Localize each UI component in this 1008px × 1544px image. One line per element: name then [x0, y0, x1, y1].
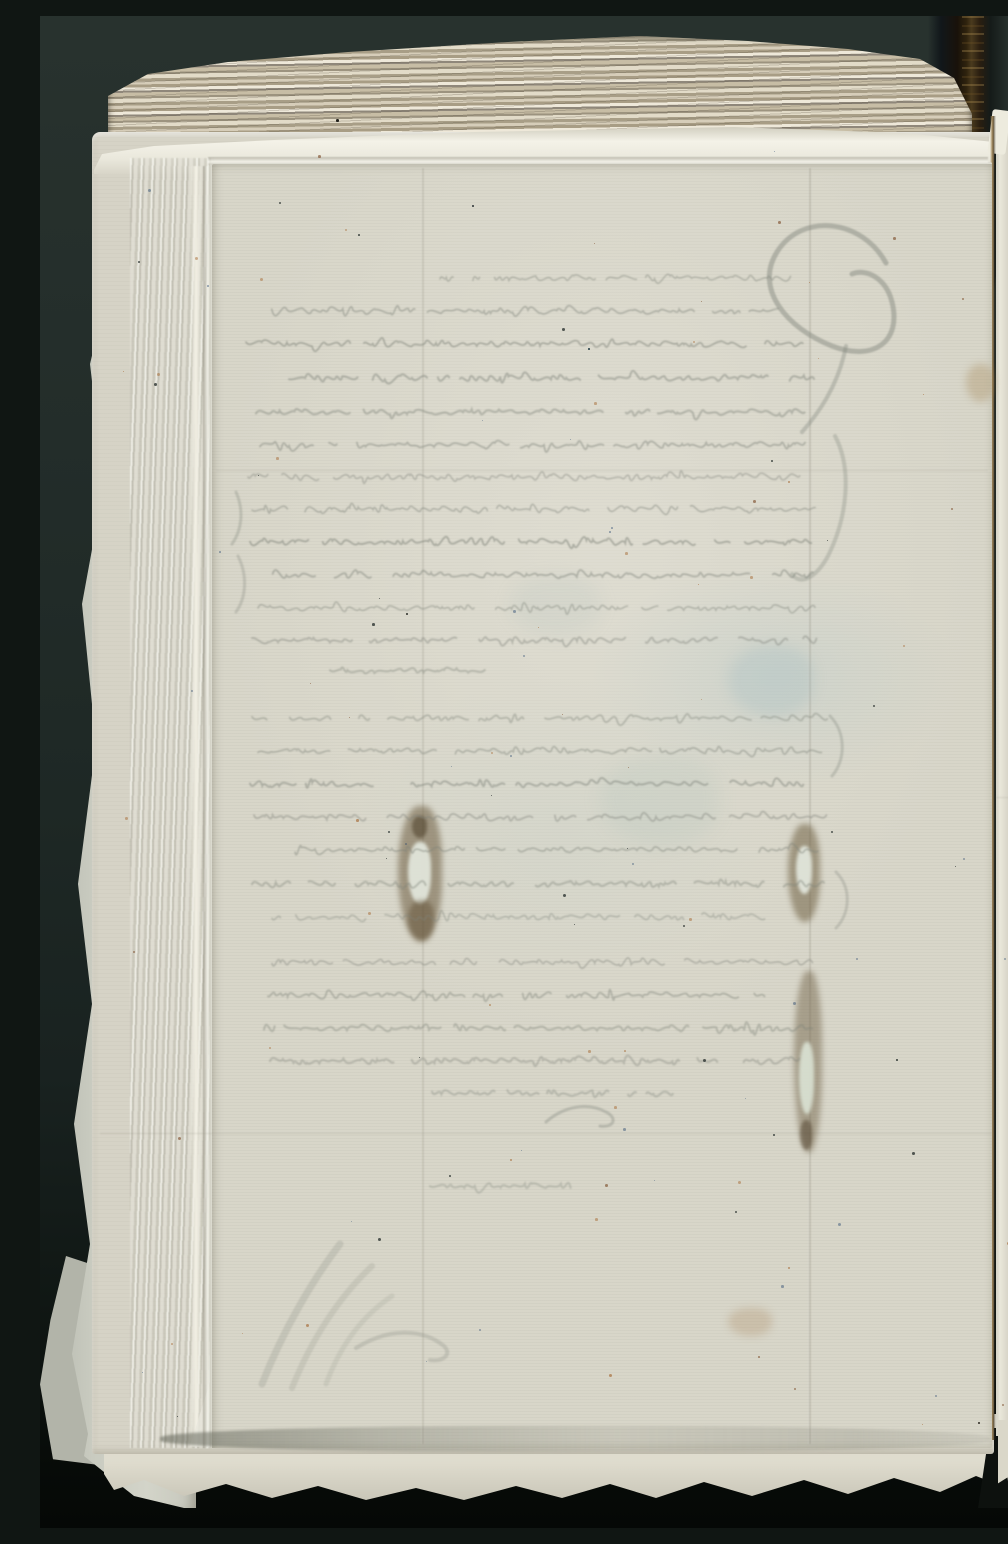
foxing-speck — [624, 1050, 626, 1052]
foxing-speck — [142, 1372, 143, 1373]
foxing-speck — [605, 1184, 608, 1187]
foxing-speck — [689, 918, 692, 921]
foxing-speck — [698, 584, 699, 585]
foxing-speck — [148, 189, 151, 192]
foxing-speck — [358, 234, 360, 236]
foxing-speck — [171, 1343, 173, 1345]
foxing-speck — [831, 831, 833, 833]
foxing-speck — [351, 1221, 352, 1222]
foxing-speck — [318, 155, 321, 158]
foxing-speck — [479, 1329, 481, 1331]
foxing-speck — [774, 151, 775, 152]
foxing-speck — [451, 766, 452, 767]
foxing-speck — [242, 1333, 243, 1334]
foxing-speck — [157, 373, 160, 376]
dark-speck — [336, 119, 339, 122]
foxing-speck — [609, 1374, 612, 1377]
foxing-speck — [595, 1218, 598, 1221]
foxing-speck — [701, 699, 702, 700]
foxing-speck — [856, 958, 858, 960]
foxing-speck — [491, 752, 493, 754]
foxing-speck — [623, 1128, 626, 1131]
foxing-speck — [306, 1324, 309, 1327]
foxing-speck — [258, 475, 259, 476]
foxing-speck — [627, 848, 628, 849]
foxing-speck — [955, 866, 956, 867]
foxing-speck — [922, 1424, 923, 1425]
foxing-speck — [903, 645, 905, 647]
foxing-speck — [951, 508, 953, 510]
foxing-speck — [426, 1361, 427, 1362]
foxing-speck — [683, 925, 685, 927]
foxing-speck — [1004, 958, 1006, 960]
foxing-speck — [794, 1388, 796, 1390]
foxing-speck — [388, 831, 390, 833]
foxing-speck — [449, 1175, 451, 1177]
foxing-speck — [482, 420, 483, 421]
foxing-speck — [771, 460, 773, 462]
foxing-speck — [1002, 1404, 1004, 1406]
foxing-speck — [562, 328, 565, 331]
foxing-speck — [491, 795, 492, 796]
foxing-speck — [701, 301, 702, 302]
foxing-speck — [372, 623, 375, 626]
foxing-speck — [562, 714, 563, 715]
foxing-speck — [912, 1152, 915, 1155]
foxing-speck — [510, 755, 512, 757]
foxing-speck — [788, 1267, 790, 1269]
foxing-speck — [809, 282, 810, 283]
foxing-speck — [521, 1150, 522, 1151]
foxing-speck — [962, 298, 964, 300]
foxing-speck — [570, 439, 571, 440]
foxing-speck — [269, 1047, 271, 1049]
manuscript-photo: Photograph of an opened early-modern arc… — [40, 16, 1008, 1528]
foxing-speck — [154, 383, 157, 386]
foxing-speck — [123, 371, 124, 372]
foxing-speck — [738, 1181, 741, 1184]
foxing-speck — [178, 1137, 181, 1140]
foxing-speck — [893, 237, 896, 240]
foxing-speck — [279, 202, 281, 204]
foxing-speck — [632, 863, 634, 865]
foxing-speck — [310, 683, 311, 684]
foxing-speck — [703, 1059, 706, 1062]
foxing-speck — [827, 540, 828, 541]
foxing-speck — [207, 285, 209, 287]
foxing-speck — [138, 261, 140, 263]
foxing-speck — [693, 341, 695, 343]
foxing-speck — [378, 1238, 381, 1241]
foxing-speck — [750, 576, 753, 579]
foxing-speck — [349, 717, 350, 718]
foxing-speck — [745, 1098, 746, 1099]
foxing-speck — [609, 531, 611, 533]
foxing-speck — [594, 402, 597, 405]
dark-speck — [896, 1059, 898, 1061]
foxing-speck — [654, 1180, 655, 1181]
foxing-speck — [758, 1356, 760, 1358]
foxing-speck — [873, 705, 875, 707]
foxing-speck — [191, 690, 193, 692]
foxing-speck — [177, 1416, 178, 1417]
foxing-speck — [260, 278, 263, 281]
foxing-speck — [368, 912, 371, 915]
foxing-speck — [923, 394, 924, 395]
foxing-speck — [356, 819, 359, 822]
foxing-speck — [574, 924, 575, 925]
foxing-speck — [276, 457, 279, 460]
foxing-speck — [753, 500, 756, 503]
foxing-speck — [793, 1002, 796, 1005]
foxing-speck — [735, 1211, 737, 1213]
foxing-speck — [611, 527, 613, 529]
foxing-speck — [838, 1223, 841, 1226]
foxing-speck — [594, 243, 595, 244]
foxing-speck — [513, 610, 516, 613]
foxing-speck — [818, 358, 819, 359]
foxing-speck — [489, 1004, 491, 1006]
foxing-speck — [195, 257, 198, 260]
dark-speck — [978, 1422, 980, 1424]
dark-speck — [588, 348, 590, 350]
foxing-speck — [386, 858, 387, 859]
foxing-speck — [133, 951, 135, 953]
foxing-speck — [781, 1285, 784, 1288]
dark-speck — [406, 613, 408, 615]
foxing-speck — [778, 221, 781, 224]
foxing-speck — [538, 627, 539, 628]
foxing-speck — [963, 858, 965, 860]
foxing-speck — [773, 1134, 775, 1136]
foxing-speck — [419, 1057, 420, 1058]
foxing-speck — [614, 1106, 617, 1109]
foxing-speck — [628, 767, 629, 768]
foxing-speckles-layer — [40, 16, 1008, 1528]
foxing-speck — [405, 843, 407, 845]
foxing-speck — [588, 1050, 591, 1053]
foxing-speck — [523, 655, 525, 657]
foxing-speck — [219, 551, 221, 553]
foxing-speck — [788, 481, 790, 483]
foxing-speck — [345, 229, 347, 231]
foxing-speck — [379, 598, 380, 599]
foxing-speck — [125, 817, 128, 820]
dark-speck — [472, 205, 474, 207]
foxing-speck — [563, 894, 566, 897]
foxing-speck — [510, 1159, 512, 1161]
foxing-speck — [935, 1395, 937, 1397]
foxing-speck — [625, 552, 628, 555]
